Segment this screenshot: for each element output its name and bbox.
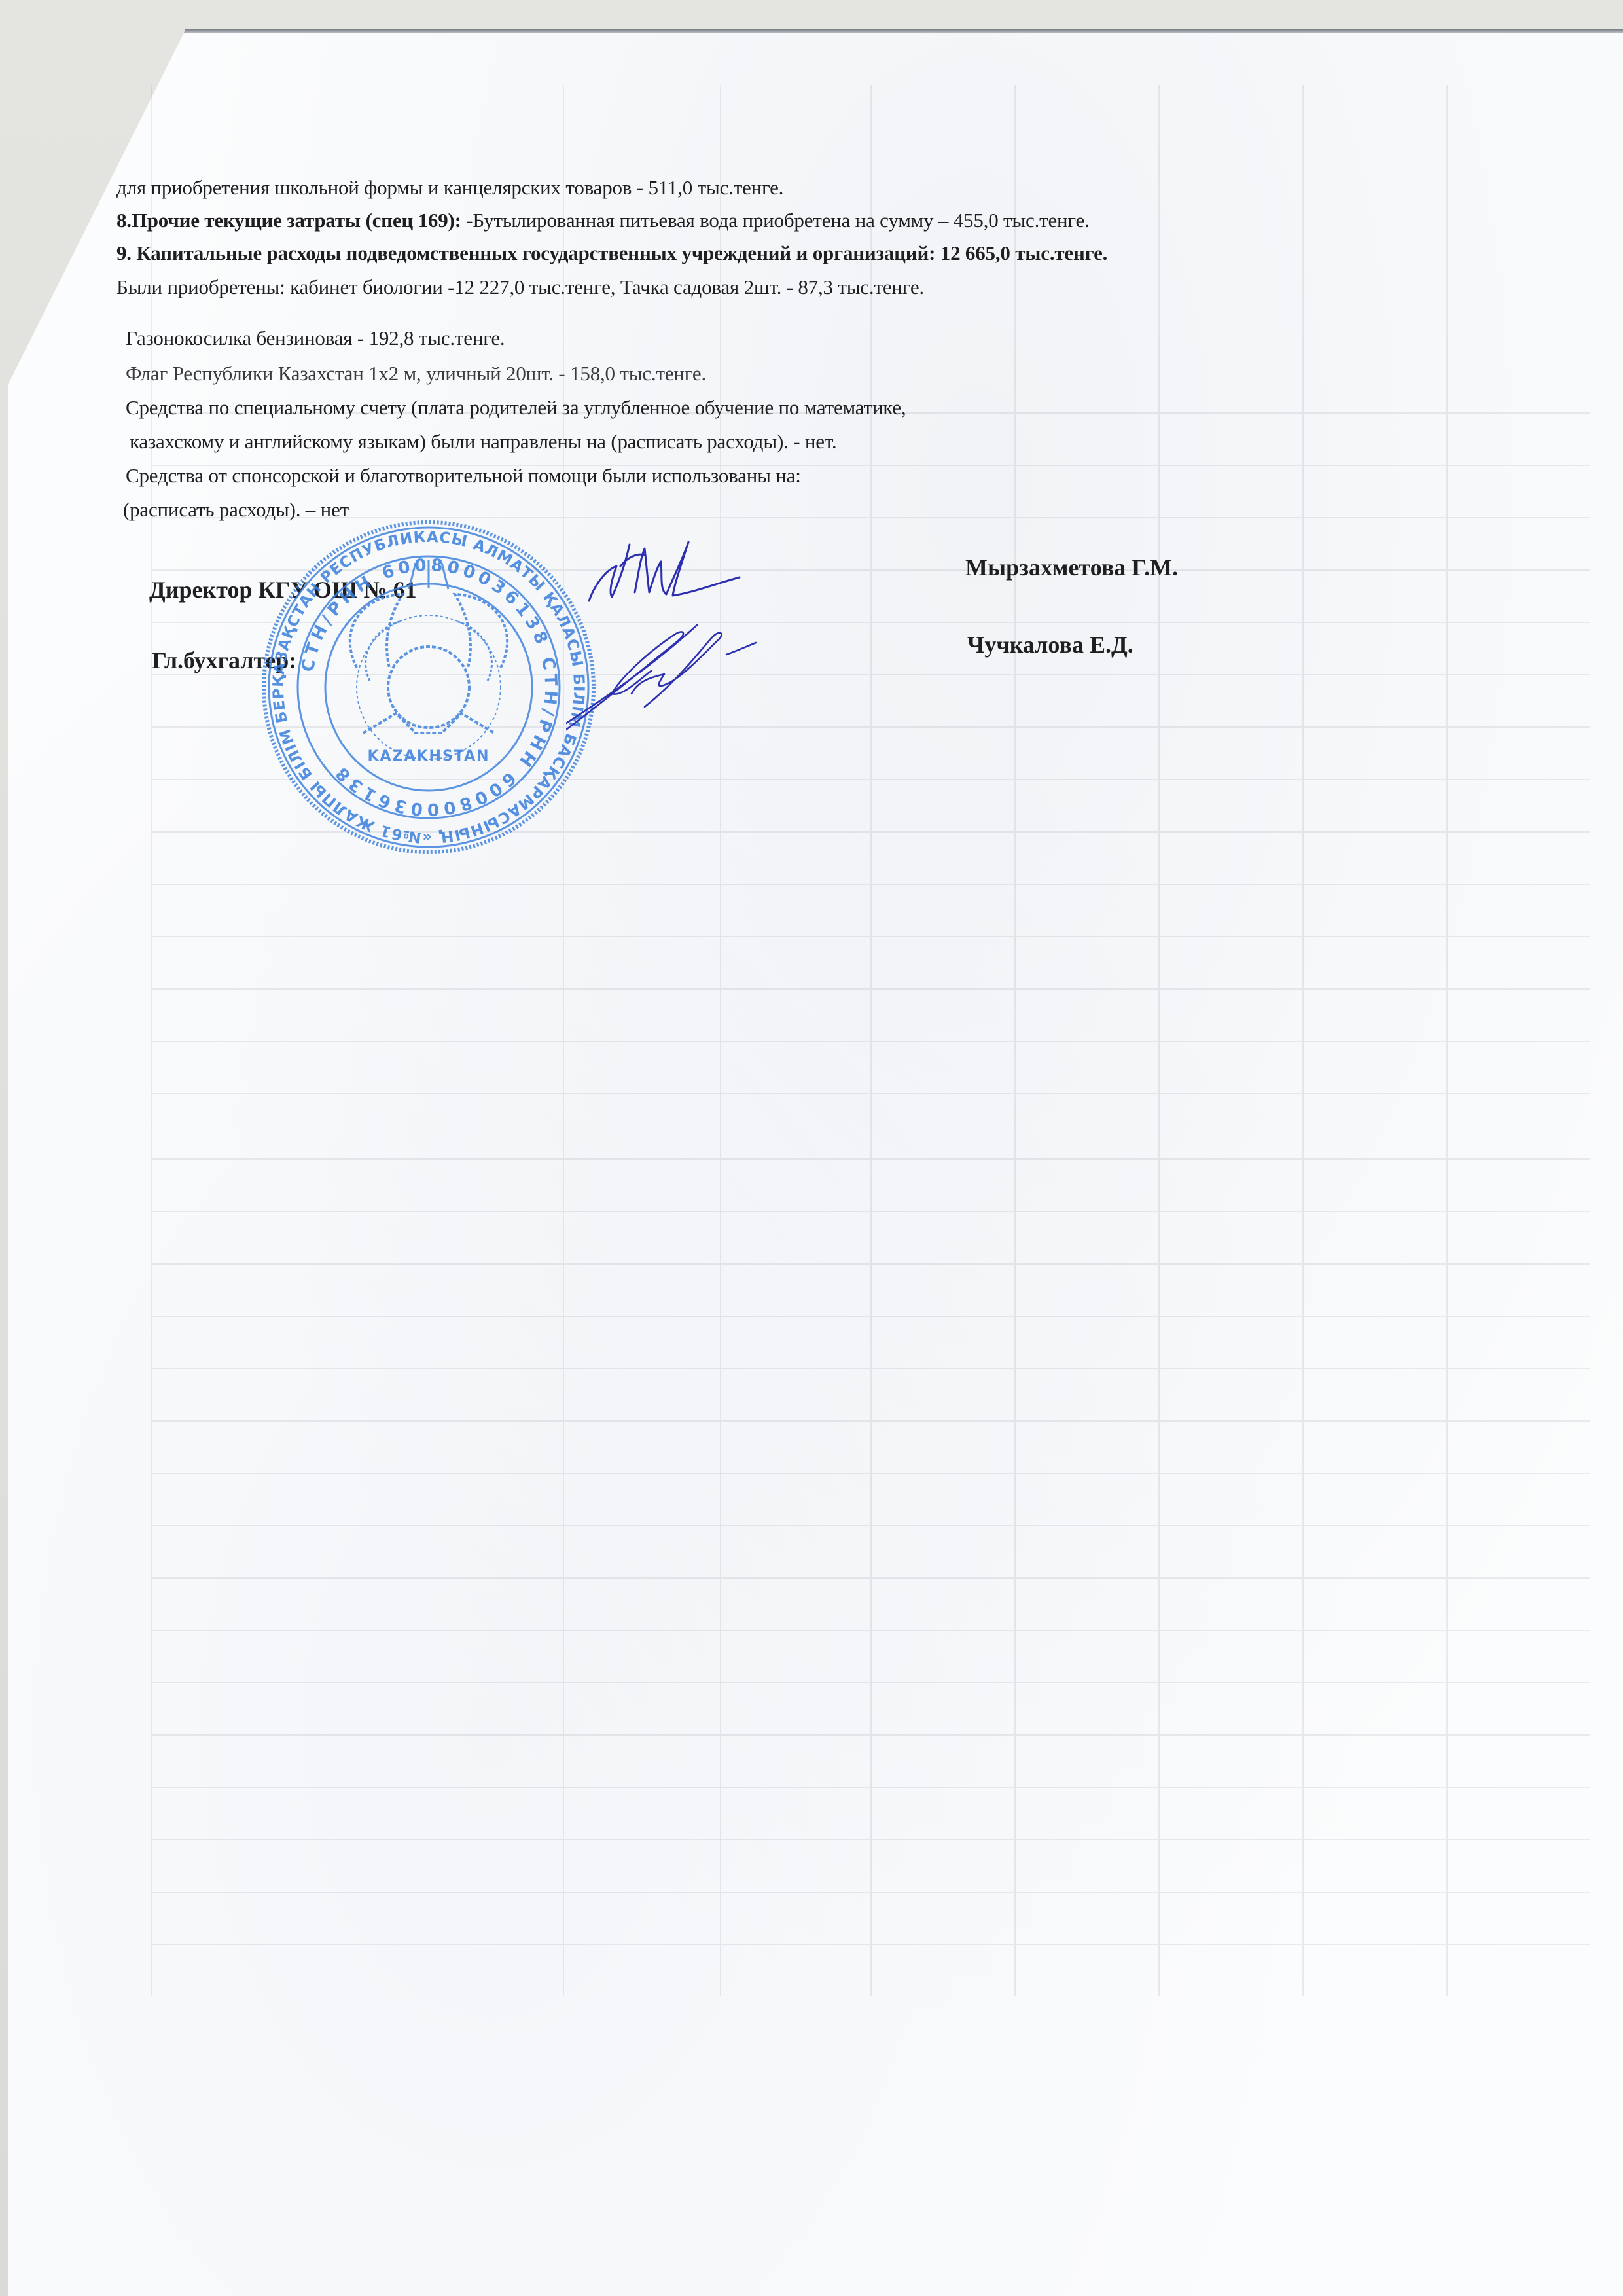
text-line-sponsorship: Средства от спонсорской и благотворитель… — [126, 463, 801, 488]
svg-text:KAZAKHSTAN: KAZAKHSTAN — [367, 748, 490, 764]
text-line-purchases-content: Были приобретены: кабинет биологии -12 2… — [116, 276, 924, 298]
accountant-name: Чучкалова Е.Д. — [967, 631, 1133, 658]
text-line-special-account-cont-content: казахскому и английскому языкам) были на… — [130, 430, 836, 453]
text-line-other-costs: 8.Прочие текущие затраты (спец 169): -Бу… — [116, 208, 1090, 232]
section-9-heading-text: 9. Капитальные расходы подведомственных … — [116, 242, 1107, 264]
section-8-text: -Бутылированная питьевая вода приобретен… — [461, 209, 1090, 232]
page-top-edge — [185, 29, 1623, 33]
text-line-special-account: Средства по специальному счету (плата ро… — [126, 395, 906, 420]
text-line-purchases: Были приобретены: кабинет биологии -12 2… — [116, 275, 924, 299]
text-line-special-account-content: Средства по специальному счету (плата ро… — [126, 396, 906, 419]
text-line-uniform-supplies-content: для приобретения школьной формы и канцел… — [116, 176, 783, 199]
text-line-flags: Флаг Республики Казахстан 1х2 м, уличный… — [126, 361, 706, 386]
director-name: Мырзахметова Г.М. — [965, 554, 1178, 581]
section-9-heading: 9. Капитальные расходы подведомственных … — [116, 241, 1107, 265]
text-line-lawnmower-content: Газонокосилка бензиновая - 192,8 тыс.тен… — [126, 327, 505, 350]
text-line-sponsorship-content: Средства от спонсорской и благотворитель… — [126, 464, 801, 487]
text-line-lawnmower: Газонокосилка бензиновая - 192,8 тыс.тен… — [126, 326, 505, 350]
text-line-special-account-cont: казахскому и английскому языкам) были на… — [130, 429, 836, 454]
svg-text:СТН/РНН 600800036138 СТН/РНН 6: СТН/РНН 600800036138 СТН/РНН 60080003613… — [298, 556, 560, 819]
text-line-flags-content: Флаг Республики Казахстан 1х2 м, уличный… — [126, 362, 706, 385]
text-line-uniform-supplies: для приобретения школьной формы и канцел… — [116, 175, 783, 200]
section-8-heading: 8.Прочие текущие затраты (спец 169): — [116, 209, 461, 232]
official-stamp-icon: ҚАЗАҚСТАН РЕСПУБЛИКАСЫ АЛМАТЫ ҚАЛАСЫ БІЛ… — [259, 517, 599, 857]
